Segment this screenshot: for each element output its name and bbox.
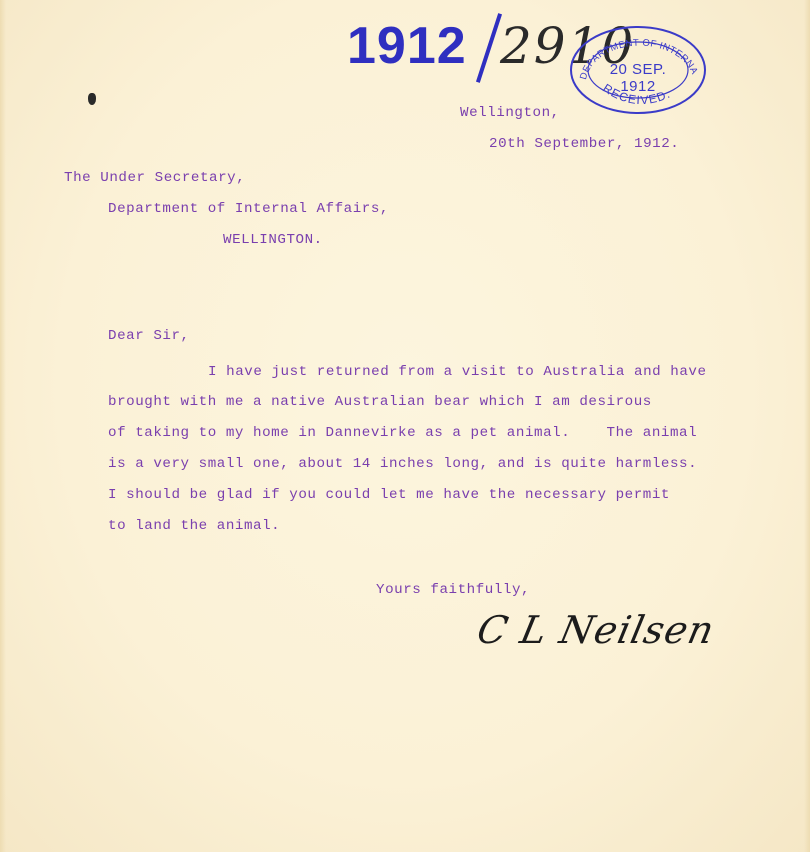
ink-blot [88,93,96,105]
body-line: of taking to my home in Dannevirke as a … [108,425,697,441]
letter-page: 1912 2910 DEPARTMENT OF INTERNAL AFFAIRS… [0,0,810,852]
body-line: I have just returned from a visit to Aus… [208,364,707,380]
salutation: Dear Sir, [108,328,190,344]
letter-date: 20th September, 1912. [489,136,679,152]
paper-edge-left [0,0,6,852]
received-stamp: DEPARTMENT OF INTERNAL AFFAIRS RECEIVED.… [568,24,708,116]
body-line: to land the animal. [108,518,280,534]
paper-edge-right [804,0,810,852]
signature: C L Neilsen [473,608,718,652]
body-line: is a very small one, about 14 inches lon… [108,456,697,472]
addressee-line-2: Department of Internal Affairs, [108,201,389,217]
stamp-date: 20 SEP. 1912 [590,61,686,95]
letter-place: Wellington, [460,105,560,121]
body-line: brought with me a native Australian bear… [108,394,652,410]
closing: Yours faithfully, [376,582,530,598]
file-reference-slash [476,13,502,83]
addressee-line-1: The Under Secretary, [64,170,245,186]
file-reference-year: 1912 [347,18,467,74]
body-line: I should be glad if you could let me hav… [108,487,670,503]
addressee-line-3: WELLINGTON. [223,232,323,248]
